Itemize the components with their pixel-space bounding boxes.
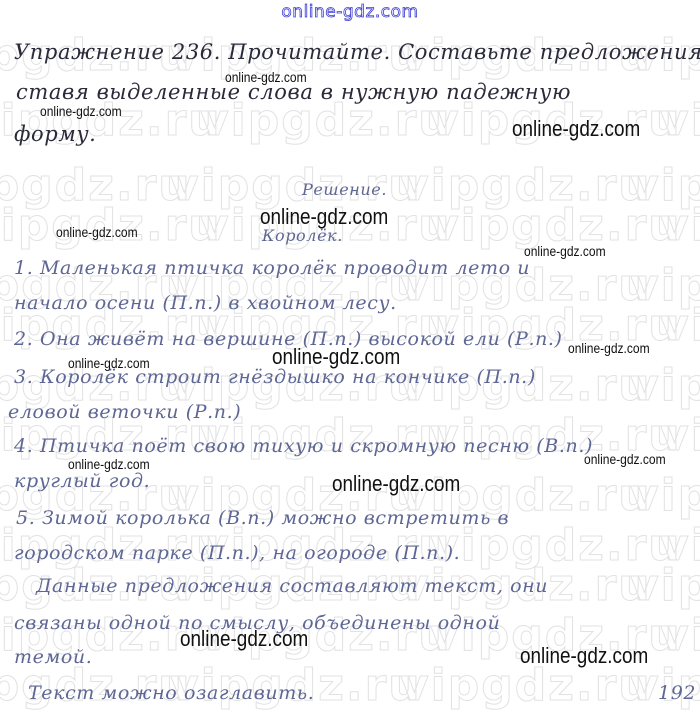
site-watermark: online-gdz.com [56,224,138,240]
site-watermark: online-gdz.com [68,456,150,472]
site-watermark: online-gdz.com [272,344,400,370]
solution-heading: Решение. [302,180,387,199]
background-watermark: vipgdz.ru [630,560,700,611]
background-watermark: vipgdz.ru [660,300,700,351]
solution-line: Текст можно озаглавить. [28,682,314,704]
solution-line: темой. [14,646,92,668]
site-watermark: online-gdz.com [225,69,307,85]
solution-line: еловой веточки (Р.п.) [8,401,241,423]
background-watermark: vipgdz.ru [660,95,700,146]
solution-line: 1. Маленькая птичка королёк проводит лет… [14,257,530,279]
solution-line: Данные предложения составляют текст, они [36,575,548,597]
background-watermark: vipgdz.ru [660,200,700,251]
site-watermark: online-gdz.com [584,451,666,467]
background-watermark: vipgdz.ru [630,260,700,311]
site-watermark: online-gdz.com [568,340,650,356]
solution-line: круглый год. [14,470,150,492]
background-watermark: vipgdz.ru [660,610,700,661]
background-watermark: vipgdz.ru [660,410,700,461]
background-watermark: vipgdz.ru [0,160,192,211]
background-watermark: vipgdz.ru [400,160,652,211]
solution-line: начало осени (П.п.) в хвойном лесу. [14,292,397,314]
background-watermark: vipgdz.ru [660,520,700,571]
solution-line: городском парке (П.п.), на огороде (П.п.… [14,542,460,564]
site-watermark: online-gdz.com [40,103,122,119]
site-watermark: online-gdz.com [260,204,388,230]
site-watermark: online-gdz.com [332,471,460,497]
header-watermark: online-gdz.com [0,2,700,22]
workbook-page: vipgdz.ruvipgdz.ruvipgdz.ruvipgdz.ruvipg… [0,0,700,712]
solution-line: 5. Зимой королька (В.п.) можно встретить… [16,507,509,529]
task-line-1: Упражнение 236. Прочитайте. Составьте пр… [14,40,700,64]
page-number: 192 [658,682,696,704]
solution-line: 4. Птичка поёт свою тихую и скромную пес… [14,435,593,457]
site-watermark: online-gdz.com [180,626,308,652]
background-watermark: vipgdz.ru [630,360,700,411]
site-watermark: online-gdz.com [524,243,606,259]
site-watermark: online-gdz.com [520,643,648,669]
site-watermark: online-gdz.com [68,355,150,371]
background-watermark: vipgdz.ru [630,160,700,211]
site-watermark: online-gdz.com [512,116,640,142]
background-watermark: vipgdz.ru [630,470,700,521]
task-line-3: форму. [14,122,96,146]
